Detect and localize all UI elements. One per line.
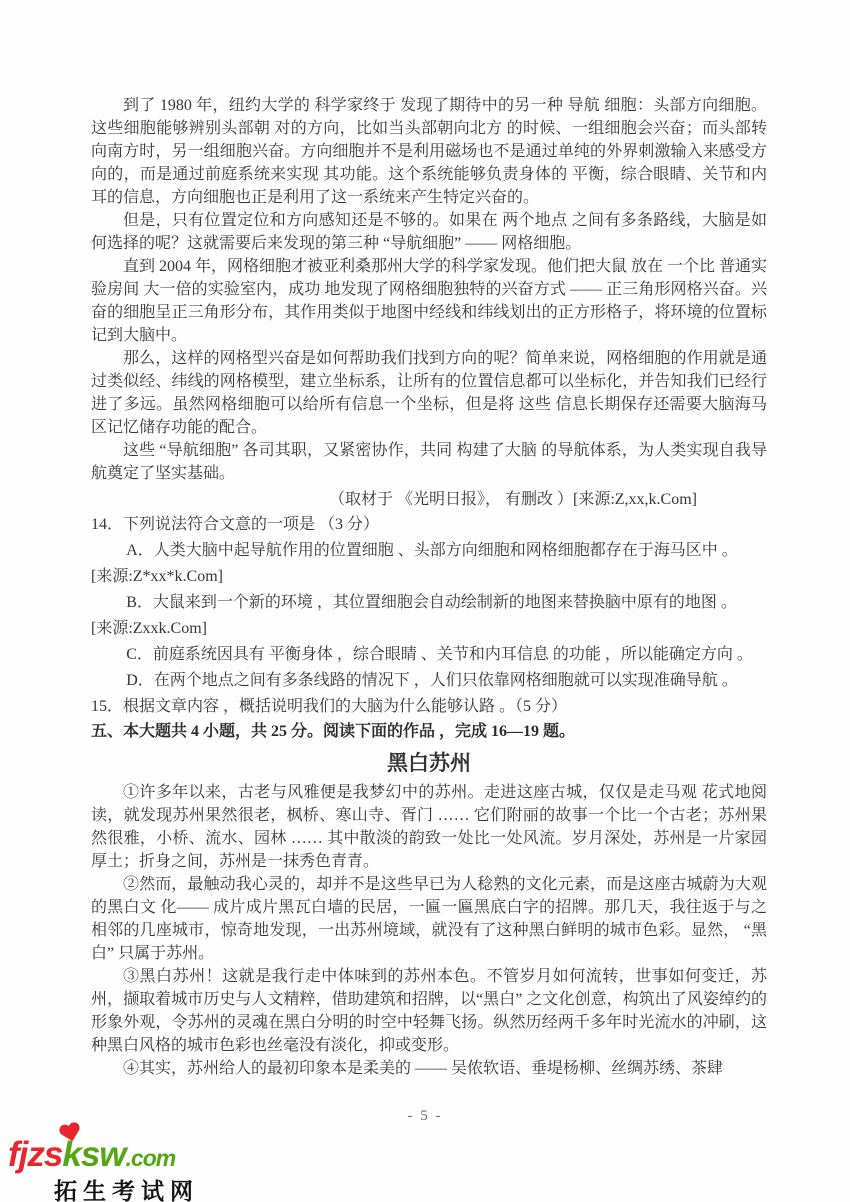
essay-paragraph: ②然而，最触动我心灵的，却并不是这些早已为人稔熟的文化元素，而是这座古城蔚为大观… [91,873,767,965]
site-name-red-part: fjzs [8,1135,62,1174]
source-tag-a: [来源:Z*xx*k.Com] [91,565,767,588]
page-content: 到了 1980 年，纽约大学的 科学家终于 发现了期待中的另一种 导航 细胞：头… [91,94,767,1080]
passage-paragraph: 这些 “导航细胞” 各司其职，又紧密协作，共同 构建了大脑 的导航体系，为人类实… [91,439,767,485]
page-number: - 5 - [0,1108,850,1125]
passage-paragraph: 直到 2004 年，网格细胞才被亚利桑那州大学的科学家发现。他们把大鼠 放在 一… [91,255,767,347]
question-14-option-a: A．人类大脑中起导航作用的位置细胞 、头部方向细胞和网格细胞都存在于海马区中 。 [91,539,767,562]
question-14: 14．下列说法符合文意的一项是 （3 分） A．人类大脑中起导航作用的位置细胞 … [91,513,767,692]
site-name-tld: .com [126,1145,176,1171]
reading-passage: 到了 1980 年，纽约大学的 科学家终于 发现了期待中的另一种 导航 细胞：头… [91,94,767,511]
site-caption: 拓生考试网 [54,1173,238,1202]
attribution-line: （取材于 《光明日报》， 有删改 ）[来源:Z,xx,k.Com] [329,488,767,511]
essay: 黑白苏州 ①许多年以来，古老与风雅便是我梦幻中的苏州。走进这座古城，仅仅是走马观… [91,752,767,1080]
source-tag-b: [来源:Zxxk.Com] [91,617,767,640]
scanned-exam-page: 到了 1980 年，纽约大学的 科学家终于 发现了期待中的另一种 导航 细胞：头… [0,0,850,1202]
question-14-option-b: B．大鼠来到一个新的环境 ，其位置细胞会自动绘制新的地图来替换脑中原有的地图 。 [91,591,767,614]
question-15-stem: 15．根据文章内容 ，概括说明我们的大脑为什么能够认路 。（5 分） [91,695,767,718]
essay-paragraph: ①许多年以来，古老与风雅便是我梦幻中的苏州。走进这座古城，仅仅是走马观 花式地阅… [91,781,767,873]
passage-paragraph: 但是，只有位置定位和方向感知还是不够的。如果在 两个地点 之间有多条路线，大脑是… [91,209,767,255]
watermark-logo: fjzsksw.com 拓生考试网 [8,1140,238,1202]
passage-paragraph: 那么，这样的网格型兴奋是如何帮助我们找到方向的呢？简单来说，网格细胞的作用就是通… [91,347,767,439]
essay-paragraph: ③黑白苏州！这就是我行走中体味到的苏州本色。不管岁月如何流转，世事如何变迁，苏州… [91,965,767,1057]
question-14-option-c: C．前庭系统因具有 平衡身体 ，综合眼睛 、关节和内耳信息 的功能 ，所以能确定… [91,643,767,666]
essay-title: 黑白苏州 [91,752,767,775]
question-14-option-d: D．在两个地点之间有多条线路的情况下 ，人们只依靠网格细胞就可以实现准确导航 。 [91,669,767,692]
site-name: fjzsksw.com [8,1140,238,1173]
section-five-header: 五、本大题共 4 小题，共 25 分。阅读下面的作品 ，完成 16—19 题。 [91,720,767,743]
question-14-stem: 14．下列说法符合文意的一项是 （3 分） [91,513,767,536]
passage-paragraph: 到了 1980 年，纽约大学的 科学家终于 发现了期待中的另一种 导航 细胞：头… [91,94,767,209]
essay-paragraph: ④其实，苏州给人的最初印象本是柔美的 —— 吴侬软语、垂堤杨柳、丝绸苏绣、茶肆 [91,1057,767,1080]
